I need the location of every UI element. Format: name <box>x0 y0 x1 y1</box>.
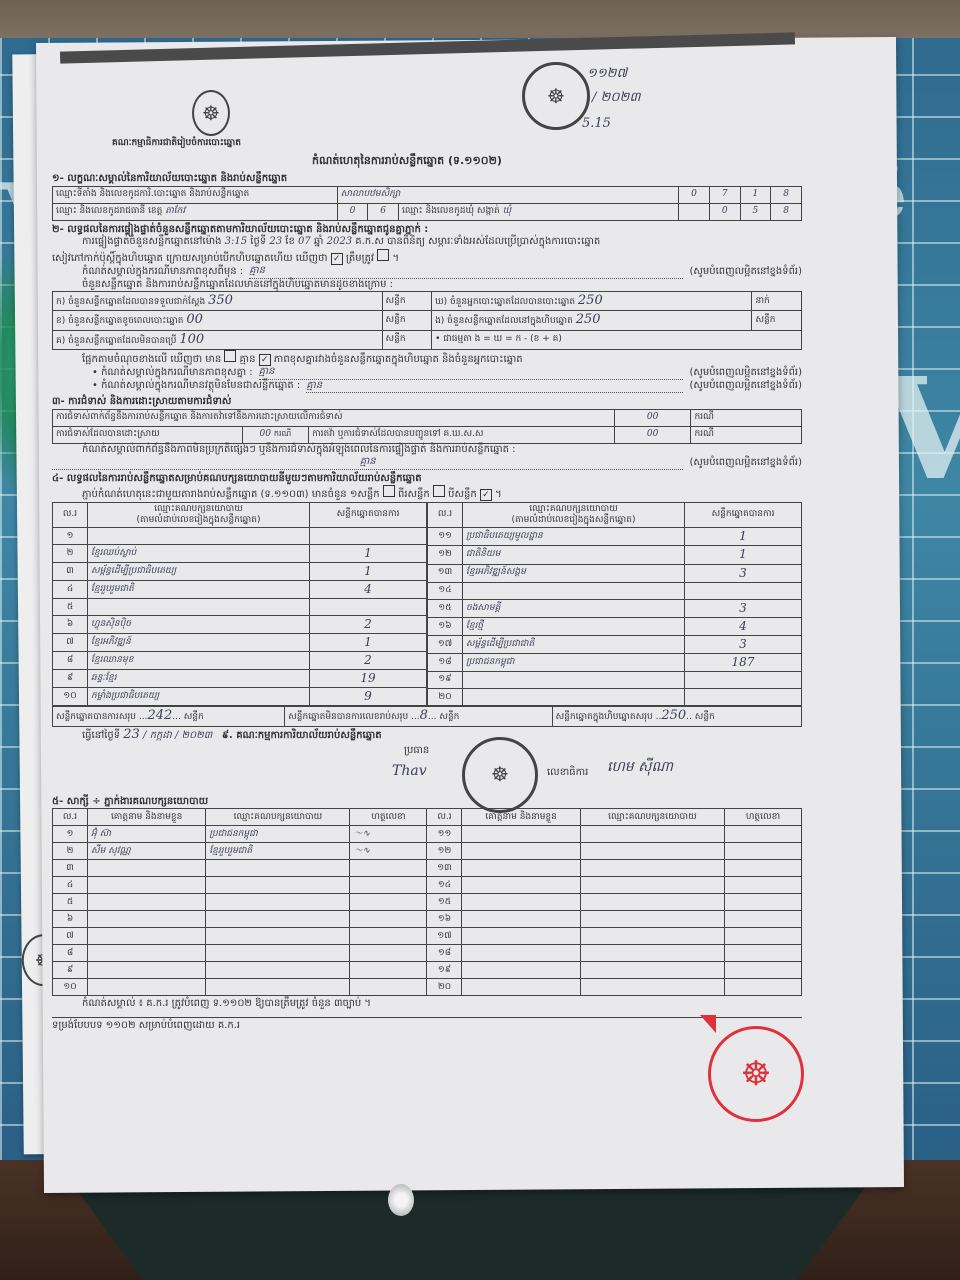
party-result-row: ១៧សម្ព័ន្ធដើម្បីប្រជាជាតិ3 <box>428 635 802 653</box>
row-number: ៩ <box>53 962 88 979</box>
verify-month: 07 <box>298 236 311 247</box>
witness-name <box>462 962 580 979</box>
party-result-row: ១៩ <box>428 672 802 689</box>
witness-name <box>462 877 580 894</box>
tally-attachment-line: ភ្ជាប់កំណត់ហេតុនេះជាមួយតារាងរាប់សន្លឹកឆ្… <box>52 485 802 502</box>
bullet2-row: • កំណត់សម្គាល់ក្នុងករណីមានវត្ថុមិនមែនជាស… <box>52 380 802 394</box>
bullet1-row: • កំណត់សម្គាល់ក្នុងករណីមានភាពខុសគ្នា : គ… <box>52 366 802 380</box>
party-votes: 1 <box>310 634 427 652</box>
witness-signature <box>725 979 802 996</box>
party-result-row: ១៦ខ្មែរថ្មី4 <box>428 617 802 635</box>
bullet2-value: គ្មាន <box>306 380 683 394</box>
witness-name <box>462 928 580 945</box>
row-number: ១២ <box>427 843 462 860</box>
province-code-digit: 6 <box>368 203 399 220</box>
party-votes: 2 <box>310 652 427 670</box>
party-name: ជាតិនិយម <box>463 546 685 564</box>
witness-name <box>462 945 580 962</box>
witness-name <box>462 826 580 843</box>
witness-party <box>580 894 724 911</box>
official-stamp-icon: ☸ <box>522 62 590 130</box>
party-name <box>88 528 310 545</box>
witness-name <box>462 843 580 860</box>
station-code-digit: 7 <box>709 186 740 203</box>
witness-party <box>580 962 724 979</box>
witness-party <box>580 860 724 877</box>
witness-name <box>88 860 206 877</box>
commune-code-digit: 5 <box>740 203 771 220</box>
verification-line-2: សៀវភៅកាក់ប៉ុស្តិ៍ក្នុងហិបឆ្នោត ក្រោយសម្រ… <box>52 249 802 266</box>
party-votes: 2 <box>310 616 427 634</box>
witness-signature <box>725 928 802 945</box>
party-name: សម្ព័ន្ធដើម្បីប្រជាជាតិ <box>463 635 685 653</box>
verify-year: 2023 <box>327 236 352 247</box>
party-result-row: ១១ប្រជាធិបតេយ្យមូលដ្ឋាន1 <box>428 528 802 546</box>
witness-signature <box>725 945 802 962</box>
party-result-row: ៥ <box>53 599 427 616</box>
witness-name <box>88 911 206 928</box>
witness-party <box>580 979 724 996</box>
error-checkbox[interactable] <box>377 249 389 261</box>
witness-signature <box>350 877 427 894</box>
party-name: ខ្មែរថ្មី <box>463 617 685 635</box>
party-name <box>463 672 685 689</box>
witness-row: ៦១៦ <box>53 911 802 928</box>
discrepancy-none-checkbox[interactable]: ✓ <box>259 354 271 366</box>
difference-note-value: គ្មាន <box>249 265 683 279</box>
complaints-note: កំណត់សម្គាល់ពាក់ព័ន្ធនឹងភាពមិនប្រក្រតីផ្… <box>52 444 802 457</box>
committee-stamp-icon: ☸ <box>462 737 538 813</box>
witness-name <box>88 962 206 979</box>
witness-name <box>88 979 206 996</box>
row-number: ១៣ <box>428 564 463 582</box>
complaints-note-row: គ្មាន (សូមបំពេញលម្អិតនៅខ្នងទំព័រ) <box>52 456 802 470</box>
witness-signature <box>350 928 427 945</box>
witness-signature <box>350 894 427 911</box>
row-number: ១២ <box>428 546 463 564</box>
party-name: ប្រជាធិបតេយ្យមូលដ្ឋាន <box>463 528 685 546</box>
section5-title: ៥- សាក្សី ÷ ភ្នាក់ងារគណបក្សនយោបាយ <box>52 796 802 809</box>
total-invalid: សន្លឹកឆ្នោតមិនបានការលេខរាប់សរុប ...8... … <box>285 707 552 726</box>
row-number: ៣ <box>53 563 88 581</box>
witness-signature <box>725 911 802 928</box>
polling-station-table: ឈ្មោះទីតាំង និងលេខកូដការិ.បោះឆ្នោត និងរា… <box>52 186 802 221</box>
witness-party <box>580 877 724 894</box>
witness-row: ៧១៧ <box>53 928 802 945</box>
party-name: ហ្វុនស៊ិនប៉ិច <box>88 616 310 634</box>
party-result-row: ៩ឆន្ទៈខ្មែរ19 <box>53 670 427 688</box>
row-number: ១៦ <box>427 911 462 928</box>
row-number: ៥ <box>53 894 88 911</box>
party-name: ខ្មែរអភិវឌ្ឍន៍ <box>88 634 310 652</box>
party-name <box>463 689 685 706</box>
complaints-table: ការជំទាស់ពាក់ព័ន្ធនឹងការរាប់សន្លឹកឆ្នោត … <box>52 409 802 444</box>
party-name: ខ្មែរឈានមុខ <box>88 652 310 670</box>
party-votes <box>310 528 427 545</box>
count-row: គ) ចំនួនសន្លឹកឆ្នោតដែលមិនបានប្រើ 100 សន្… <box>53 330 802 349</box>
witness-party <box>580 945 724 962</box>
witness-party <box>206 860 350 877</box>
party-result-row: ៨ខ្មែរឈានមុខ2 <box>53 652 427 670</box>
party-votes: 1 <box>310 545 427 563</box>
witness-signature <box>725 860 802 877</box>
party-result-row: ២ខ្មែរឈប់ស្លាប់1 <box>53 545 427 563</box>
form-note: ទម្រង់បែបបទ ១១០២ សម្រាប់បំពេញដោយ គ.ក.រ <box>52 1017 802 1033</box>
complaints-count: 00 <box>614 409 691 426</box>
party-votes <box>685 689 802 706</box>
party-name <box>88 599 310 616</box>
witness-signature <box>350 860 427 877</box>
party-votes: 4 <box>685 617 802 635</box>
count-unused: 100 <box>179 332 204 347</box>
party-votes: 3 <box>685 564 802 582</box>
row-number: ៤ <box>53 877 88 894</box>
row-number: ៧ <box>53 928 88 945</box>
signature-block: ប្រធាន Thav ☸ លេខាធិការ ហេម ស៊ីណា <box>52 743 802 793</box>
footnote: កំណត់សម្គាល់ ៖ គ.ក.រ ត្រូវបំពេញ ទ.១១០២ ឱ… <box>52 998 802 1011</box>
party-result-row: ១៣ខ្មែរអភិវឌ្ឍន៍សង្គម3 <box>428 564 802 582</box>
party-result-row: ៣សម្ព័ន្ធដើម្បីប្រជាធិបតេយ្យ1 <box>53 563 427 581</box>
party-result-row: ១៥ចងសាមគ្គី3 <box>428 599 802 617</box>
witness-signature <box>350 911 427 928</box>
party-votes <box>685 582 802 599</box>
witness-party <box>206 979 350 996</box>
party-name <box>463 582 685 599</box>
row-number: ៦ <box>53 616 88 634</box>
row-number: ១៦ <box>428 617 463 635</box>
row-number: ២០ <box>427 979 462 996</box>
witness-name: សឹម សុវណ្ណ <box>88 843 206 860</box>
verify-day: 23 <box>269 236 282 247</box>
row-number: ១១ <box>428 528 463 546</box>
witness-signature <box>725 826 802 843</box>
folder-snap-button[interactable] <box>388 1184 414 1216</box>
counts-intro: ចំនួនសន្លឹកឆ្នោត និងការរាប់សន្លឹកឆ្នោតដែ… <box>52 279 802 292</box>
signing-date: ធ្វើនៅថ្ងៃទី 23 / កក្កដា / ២០២៣ ៩. គណៈកម… <box>52 727 802 743</box>
row-number: ១០ <box>53 688 88 706</box>
party-name: ប្រជាជនកម្ពុជា <box>463 653 685 671</box>
party-votes: 19 <box>310 670 427 688</box>
party-name: ចងសាមគ្គី <box>463 599 685 617</box>
party-name: ឆន្ទៈខ្មែរ <box>88 670 310 688</box>
party-votes: 1 <box>685 528 802 546</box>
party-results-table-left: ល.រ ឈ្មោះគណបក្សនយោបាយ(តាមលំដាប់លេខរៀងក្ន… <box>52 502 427 707</box>
resolved-count: 00 ករណី <box>242 426 308 443</box>
witness-table: ល.រ គោត្តនាម និងនាមខ្លួន ឈ្មោះគណបក្សនយោប… <box>52 808 802 996</box>
witness-party <box>206 962 350 979</box>
commune-code-digit: 8 <box>771 203 802 220</box>
discrepancy-yes-checkbox[interactable] <box>224 350 236 362</box>
count-row: ខ) ចំនួនសន្លឹកឆ្នោតខូចពេលបោះឆ្នោត 00 សន្… <box>53 311 802 330</box>
red-corner-mark <box>700 1015 716 1033</box>
row-number: ១១ <box>427 826 462 843</box>
ballot-count-report: ☸ គណៈកម្មាធិការជាតិរៀបចំការបោះឆ្នោត ☸ ១១… <box>52 60 802 1032</box>
stamp-annotation-year: / ២០២៣ <box>592 90 641 106</box>
witness-name: អ៊ុំ ស៊ា <box>88 826 206 843</box>
stamp-annotation-number: ១១២៧ <box>587 66 627 82</box>
section2-title: ២- លទ្ធផលនៃការផ្ទៀងផ្ទាត់ចំនួនសន្លឹកឆ្នោ… <box>52 224 802 237</box>
party-votes: 9 <box>310 688 427 706</box>
three-sheets-checkbox[interactable]: ✓ <box>480 489 492 501</box>
party-votes: 1 <box>310 563 427 581</box>
discrepancy-line: ផ្អែកតាមចំណុចខាងលើ ឃើញថា មាន គ្មាន ✓ ភាព… <box>52 350 802 367</box>
witness-party <box>580 911 724 928</box>
row-number: ៩ <box>53 670 88 688</box>
station-label: ឈ្មោះទីតាំង និងលេខកូដការិ.បោះឆ្នោត និងរា… <box>53 186 338 203</box>
party-votes: 4 <box>310 581 427 599</box>
row-number: ១៨ <box>428 653 463 671</box>
witness-signature: 〜∿ <box>350 826 427 843</box>
row-number: ១ <box>53 826 88 843</box>
party-name: កម្លាំងប្រជាធិបតេយ្យ <box>88 688 310 706</box>
witness-signature <box>350 962 427 979</box>
witness-row: ៨១៨ <box>53 945 802 962</box>
row-number: ១០ <box>53 979 88 996</box>
witness-row: ៤១៤ <box>53 877 802 894</box>
witness-party <box>206 928 350 945</box>
row-number: ១៧ <box>427 928 462 945</box>
row-number: ៤ <box>53 581 88 599</box>
witness-signature <box>350 979 427 996</box>
row-number: ៨ <box>53 945 88 962</box>
forwarded-count: 00 <box>614 426 691 443</box>
party-result-row: ១០កម្លាំងប្រជាធិបតេយ្យ9 <box>53 688 427 706</box>
count-received: 350 <box>208 293 233 308</box>
station-value: សាលាបឋមសិក្សា <box>337 186 679 203</box>
form-title: កំណត់ហេតុនៃការរាប់សន្លឹកឆ្នោត (ទ.១១០២) <box>312 154 502 168</box>
witness-party <box>206 945 350 962</box>
section1-title: ១- លក្ខណៈសម្គាល់នៃការិយាល័យបោះឆ្នោត និងរ… <box>52 173 802 186</box>
row-number: ២ <box>53 843 88 860</box>
two-sheets-checkbox[interactable] <box>433 485 445 497</box>
formula-note: • ជាធម្មតា ង = ឃ = ក - (ខ + គ) <box>432 330 802 349</box>
witness-party <box>206 894 350 911</box>
witness-party <box>580 928 724 945</box>
witness-party <box>206 877 350 894</box>
witness-row: ៥១៥ <box>53 894 802 911</box>
row-number: ៧ <box>53 634 88 652</box>
party-name: ខ្មែររួបរួមជាតិ <box>88 581 310 599</box>
row-number: ១៧ <box>428 635 463 653</box>
section3-title: ៣- ការជំទាស់ និងការដោះស្រាយតាមការជំទាស់ <box>52 396 802 409</box>
party-result-row: ៤ខ្មែររួបរួមជាតិ4 <box>53 581 427 599</box>
total-in-box: សន្លឹកឆ្នោតក្នុងហិបឆ្នោតសរុប ..250.. សន្… <box>552 707 801 726</box>
party-results: ល.រ ឈ្មោះគណបក្សនយោបាយ(តាមលំដាប់លេខរៀងក្ន… <box>52 502 802 707</box>
witness-name <box>462 860 580 877</box>
count-spoiled: 00 <box>186 312 203 327</box>
secretary-signature: ហេម ស៊ីណា <box>607 759 673 777</box>
witness-signature <box>725 843 802 860</box>
row-number: ១៩ <box>428 672 463 689</box>
ok-checkbox[interactable]: ✓ <box>331 253 343 265</box>
party-results-table-right: ល.រ ឈ្មោះគណបក្សនយោបាយ(តាមលំដាប់លេខរៀងក្ន… <box>427 502 802 707</box>
party-name: ខ្មែរឈប់ស្លាប់ <box>88 545 310 563</box>
red-official-stamp-icon: ☸ <box>708 1026 804 1122</box>
province-label: ឈ្មោះ និងលេខកូដរាជធានី ខេត្ត តាកែវ <box>53 203 338 220</box>
witness-signature <box>725 962 802 979</box>
row-number: ១៩ <box>427 962 462 979</box>
party-result-row: ១៤ <box>428 582 802 599</box>
witness-name <box>462 911 580 928</box>
chair-label: ប្រធាន <box>404 745 429 758</box>
party-result-row: ៧ខ្មែរអភិវឌ្ឍន៍1 <box>53 634 427 652</box>
commune-value: ឃុំ <box>503 206 512 216</box>
witness-row: ១អ៊ុំ ស៊ាប្រជាជនកម្ពុជា〜∿១១ <box>53 826 802 843</box>
party-result-row: ២០ <box>428 689 802 706</box>
witness-name <box>88 928 206 945</box>
totals-table: សន្លឹកឆ្នោតបានការសរុប ...242... សន្លឹក ស… <box>52 706 802 726</box>
party-votes <box>310 599 427 616</box>
stamp-annotation-time: 5.15 <box>582 116 611 132</box>
party-votes: 3 <box>685 635 802 653</box>
province-value: តាកែវ <box>165 206 185 216</box>
witness-row: ៣១៣ <box>53 860 802 877</box>
chair-signature: Thav <box>392 763 427 781</box>
station-code-digit: 0 <box>679 186 710 203</box>
verify-time: 3:15 <box>225 236 247 247</box>
party-result-row: ១២ជាតិនិយម1 <box>428 546 802 564</box>
nec-emblem-icon: ☸ <box>192 90 230 136</box>
witness-signature: 〜∿ <box>350 843 427 860</box>
row-number: ១ <box>53 528 88 545</box>
witness-signature <box>725 894 802 911</box>
commission-name: គណៈកម្មាធិការជាតិរៀបចំការបោះឆ្នោត <box>112 138 241 149</box>
section4-title: ៤- លទ្ធផលនៃការរាប់សន្លឹកឆ្នោតសម្រាប់គណបក… <box>52 473 802 486</box>
row-number: ២ <box>53 545 88 563</box>
count-in-box: 250 <box>576 312 601 327</box>
station-code-digit: 8 <box>771 186 802 203</box>
witness-row: ២សឹម សុវណ្ណខ្មែររួបរួមជាតិ〜∿១២ <box>53 843 802 860</box>
witness-row: ៩១៩ <box>53 962 802 979</box>
witness-party: ខ្មែររួបរួមជាតិ <box>206 843 350 860</box>
total-valid: សន្លឹកឆ្នោតបានការសរុប ...242... សន្លឹក <box>53 707 285 726</box>
witness-party <box>206 911 350 928</box>
party-votes: 187 <box>685 653 802 671</box>
commune-code-digit: 0 <box>709 203 740 220</box>
ballot-counts-table: ក) ចំនួនសន្លឹកឆ្នោតដែលបានទទួលជាក់ស្តែង 3… <box>52 291 802 350</box>
difference-note-row: កំណត់សម្គាល់ក្នុងករណីមានភាពខុសពីមុន : គ្… <box>52 265 802 279</box>
complaints-note-value: គ្មាន <box>52 456 683 470</box>
bullet1-value: គ្មាន <box>259 366 684 380</box>
row-number: ១៥ <box>428 599 463 617</box>
count-voters: 250 <box>578 293 603 308</box>
row-number: ២០ <box>428 689 463 706</box>
witness-name <box>88 877 206 894</box>
commune-label: ឈ្មោះ និងលេខកូដឃុំ សង្កាត់ ឃុំ <box>398 203 678 220</box>
witness-signature <box>725 877 802 894</box>
witness-party <box>580 826 724 843</box>
one-sheet-checkbox[interactable] <box>383 485 395 497</box>
row-number: ១៨ <box>427 945 462 962</box>
witness-name <box>462 979 580 996</box>
witness-name <box>462 894 580 911</box>
witness-name <box>88 945 206 962</box>
province-code-digit: 0 <box>337 203 368 220</box>
secretary-label: លេខាធិការ <box>547 767 588 780</box>
row-number: ៥ <box>53 599 88 616</box>
row-number: ៣ <box>53 860 88 877</box>
row-number: ១៣ <box>427 860 462 877</box>
witness-name <box>88 894 206 911</box>
row-number: ១៤ <box>428 582 463 599</box>
party-votes <box>685 672 802 689</box>
party-name: សម្ព័ន្ធដើម្បីប្រជាធិបតេយ្យ <box>88 563 310 581</box>
party-result-row: ១ <box>53 528 427 545</box>
row-number: ១៥ <box>427 894 462 911</box>
row-number: ៦ <box>53 911 88 928</box>
party-result-row: ៦ហ្វុនស៊ិនប៉ិច2 <box>53 616 427 634</box>
witness-signature <box>350 945 427 962</box>
witness-party <box>580 843 724 860</box>
party-name: ខ្មែរអភិវឌ្ឍន៍សង្គម <box>463 564 685 582</box>
row-number: ៨ <box>53 652 88 670</box>
row-number: ១៤ <box>427 877 462 894</box>
witness-party: ប្រជាជនកម្ពុជា <box>206 826 350 843</box>
party-votes: 3 <box>685 599 802 617</box>
party-result-row: ១៨ប្រជាជនកម្ពុជា187 <box>428 653 802 671</box>
witness-row: ១០២០ <box>53 979 802 996</box>
count-row: ក) ចំនួនសន្លឹកឆ្នោតដែលបានទទួលជាក់ស្តែង 3… <box>53 292 802 311</box>
party-votes: 1 <box>685 546 802 564</box>
station-code-digit: 1 <box>740 186 771 203</box>
verification-line: ការផ្ទៀងផ្ទាត់ចំនួនសន្លឹកឆ្នោតនៅម៉ោង 3:1… <box>52 236 802 249</box>
